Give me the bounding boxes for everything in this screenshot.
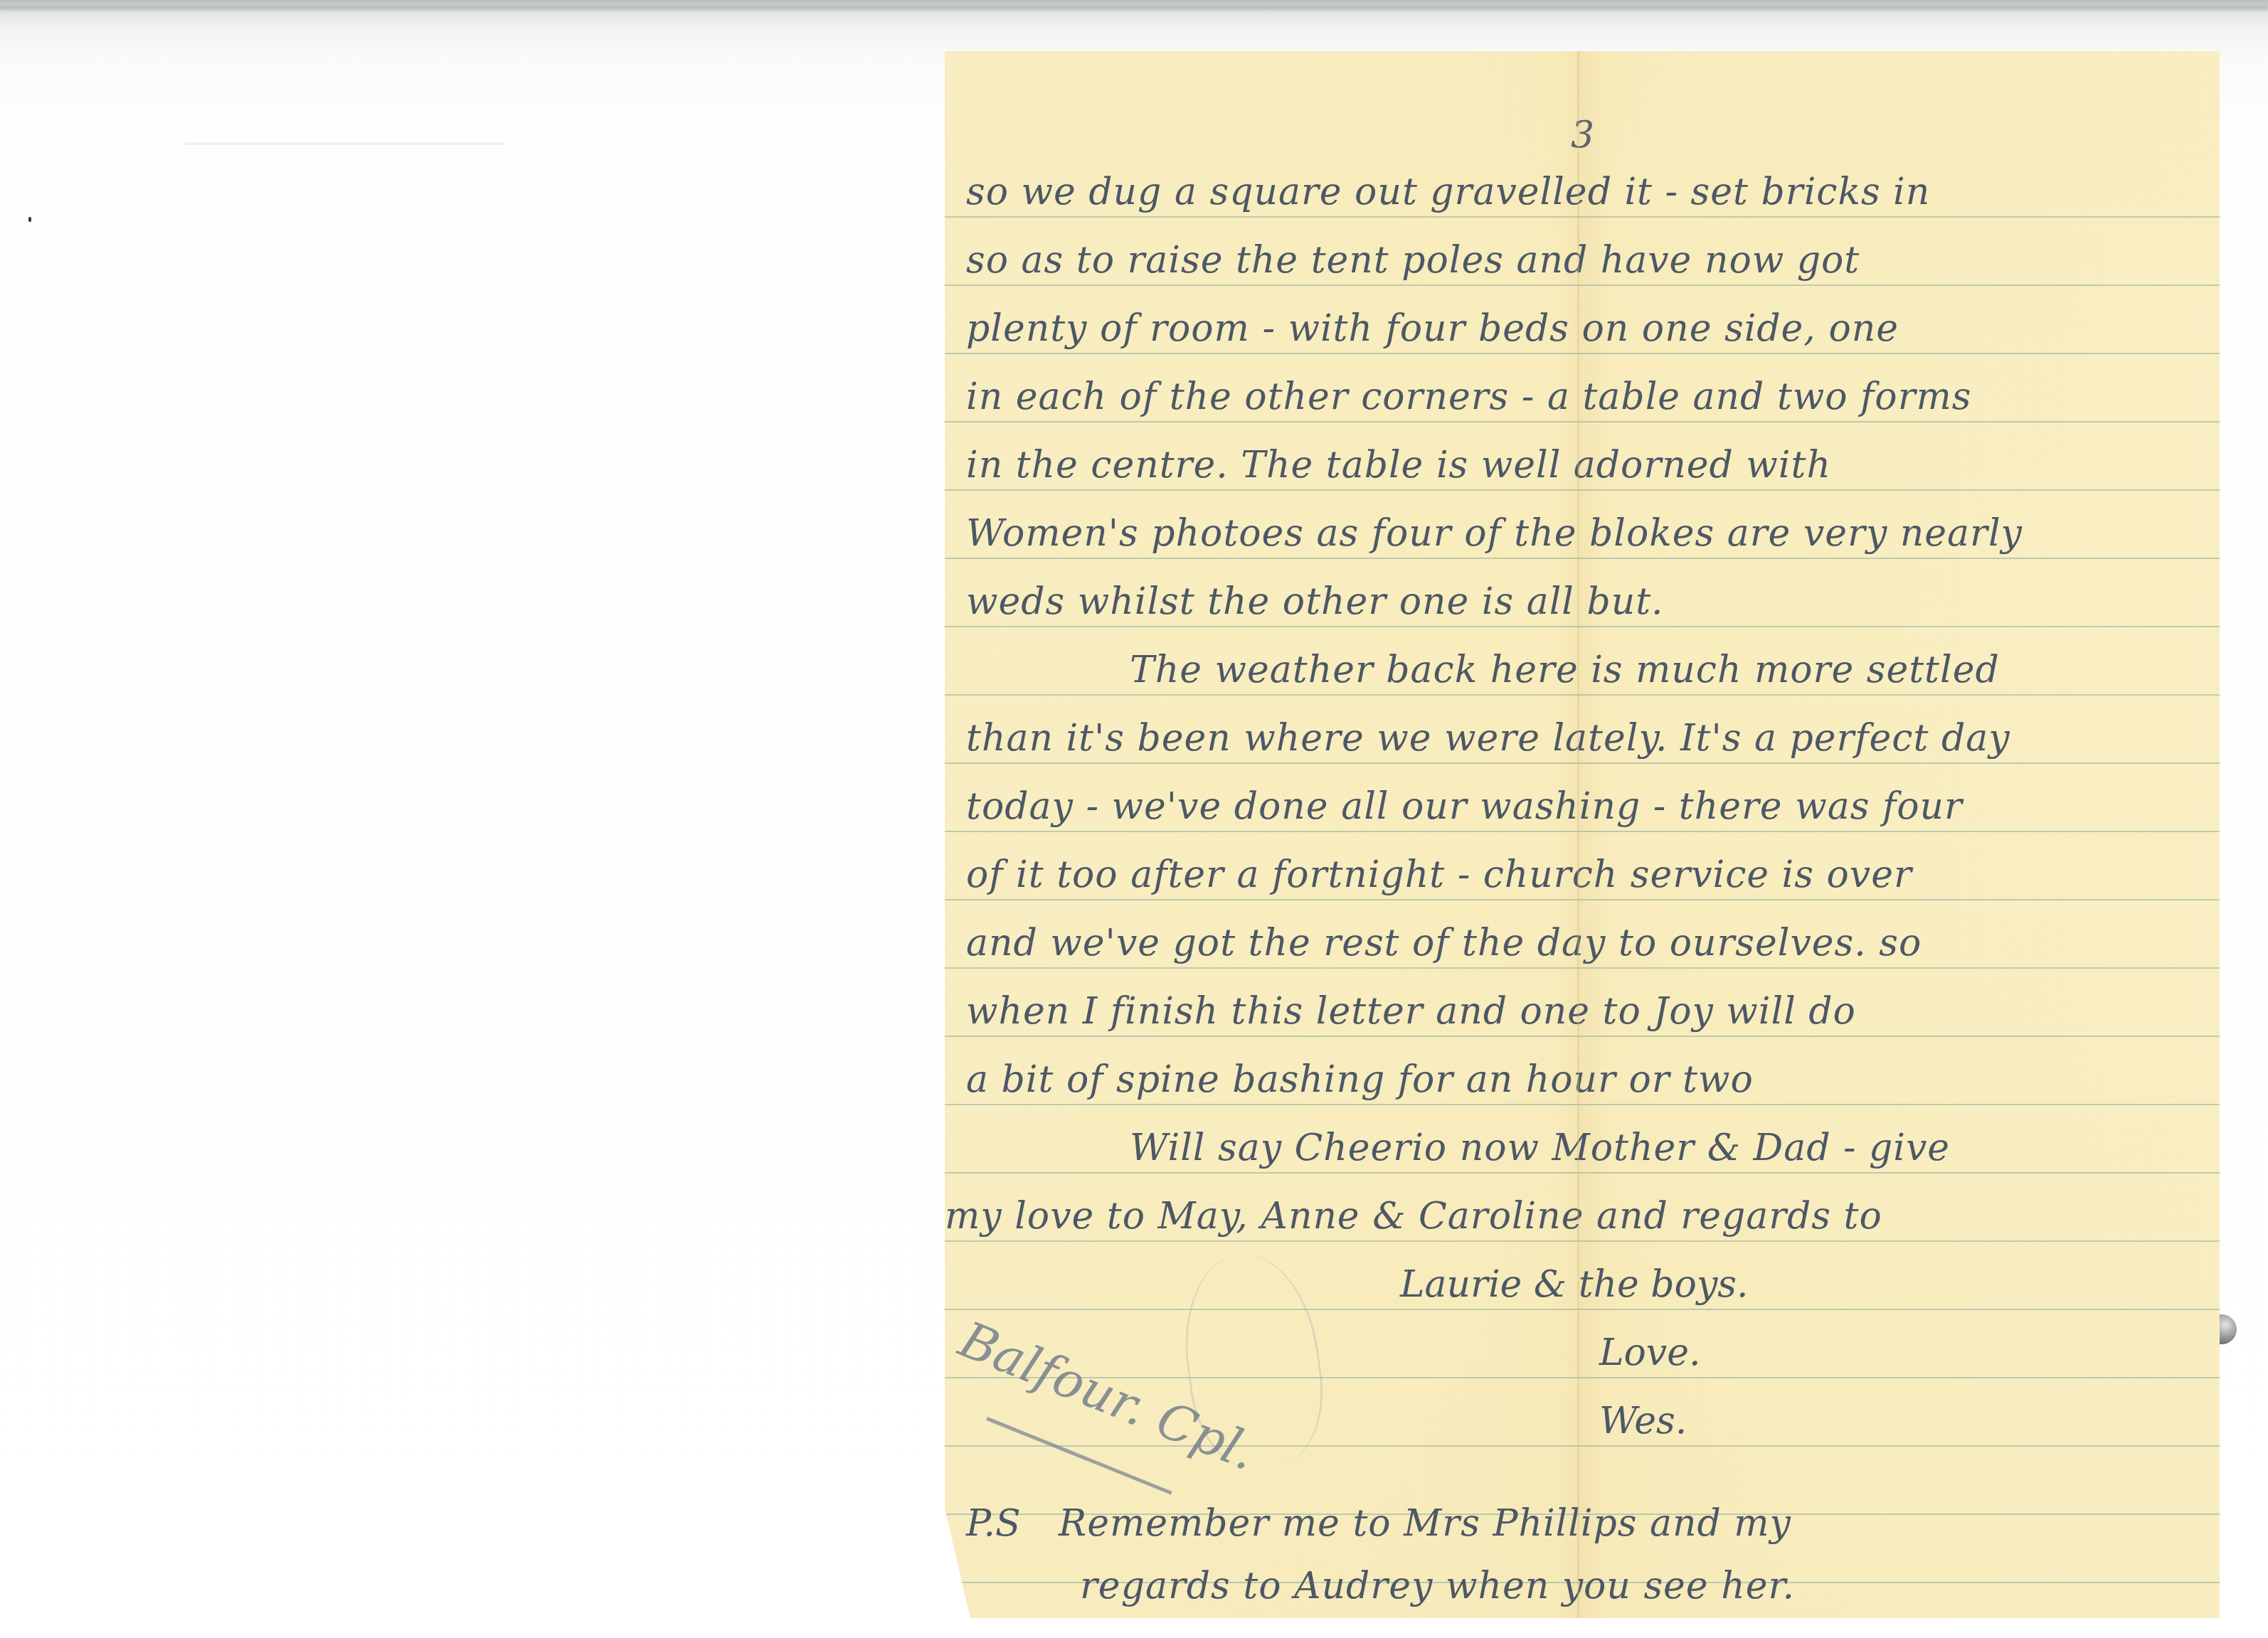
signature: Wes.	[1599, 1400, 1687, 1442]
closing-valediction: Love.	[1599, 1331, 1701, 1374]
ruled-line	[945, 489, 2220, 491]
letter-line: The weather back here is much more settl…	[1130, 649, 2000, 691]
ruled-line	[945, 967, 2220, 969]
ruled-line	[945, 1445, 2220, 1447]
letter-line: so as to raise the tent poles and have n…	[966, 239, 1860, 282]
postscript-line: regards to Audrey when you see her.	[1080, 1565, 1795, 1607]
ruled-line	[945, 1172, 2220, 1174]
postscript-label: P.S	[966, 1502, 1021, 1545]
ruled-line	[945, 1104, 2220, 1105]
closing-regards: Laurie & the boys.	[1400, 1263, 1749, 1306]
letter-line: my love to May, Anne & Caroline and rega…	[945, 1195, 1882, 1238]
ruled-line	[945, 1036, 2220, 1037]
page-number: 3	[1571, 114, 1594, 156]
letter-line: Women's photoes as four of the blokes ar…	[966, 512, 2023, 555]
letter-line: Will say Cheerio now Mother & Dad - give	[1130, 1127, 1950, 1169]
ruled-line	[945, 762, 2220, 764]
ruled-line	[945, 216, 2220, 218]
letter-line: in each of the other corners - a table a…	[966, 376, 1972, 418]
letter-line: in the centre. The table is well adorned…	[966, 444, 1831, 486]
letter-line: weds whilst the other one is all but.	[966, 580, 1664, 623]
letter-line: when I finish this letter and one to Joy…	[966, 990, 1856, 1033]
ruled-line	[945, 558, 2220, 559]
ruled-line	[945, 831, 2220, 832]
ruled-line	[945, 421, 2220, 422]
dust-speck	[28, 217, 31, 222]
ruled-line	[945, 1309, 2220, 1310]
letter-line: plenty of room - with four beds on one s…	[966, 307, 1899, 350]
letter-line: a bit of spine bashing for an hour or tw…	[966, 1058, 1754, 1101]
letter-line: and we've got the rest of the day to our…	[966, 922, 1922, 964]
letter-line: today - we've done all our washing - the…	[966, 785, 1963, 828]
ruled-line	[945, 626, 2220, 627]
ruled-line	[945, 284, 2220, 286]
ruled-line	[945, 899, 2220, 900]
letter-line: than it's been where we were lately. It'…	[966, 717, 2010, 760]
ruled-line	[945, 694, 2220, 696]
ruled-line	[945, 1240, 2220, 1242]
letter-page: 3 so we dug a square out gravelled it - …	[945, 51, 2220, 1618]
letter-line: of it too after a fortnight - church ser…	[966, 853, 1912, 896]
letter-line: so we dug a square out gravelled it - se…	[966, 171, 1930, 213]
postscript-line: Remember me to Mrs Phillips and my	[1059, 1502, 1791, 1545]
scanner-lid-shadow	[0, 6, 2268, 10]
ruled-line	[945, 353, 2220, 354]
background-smudge	[185, 142, 505, 145]
